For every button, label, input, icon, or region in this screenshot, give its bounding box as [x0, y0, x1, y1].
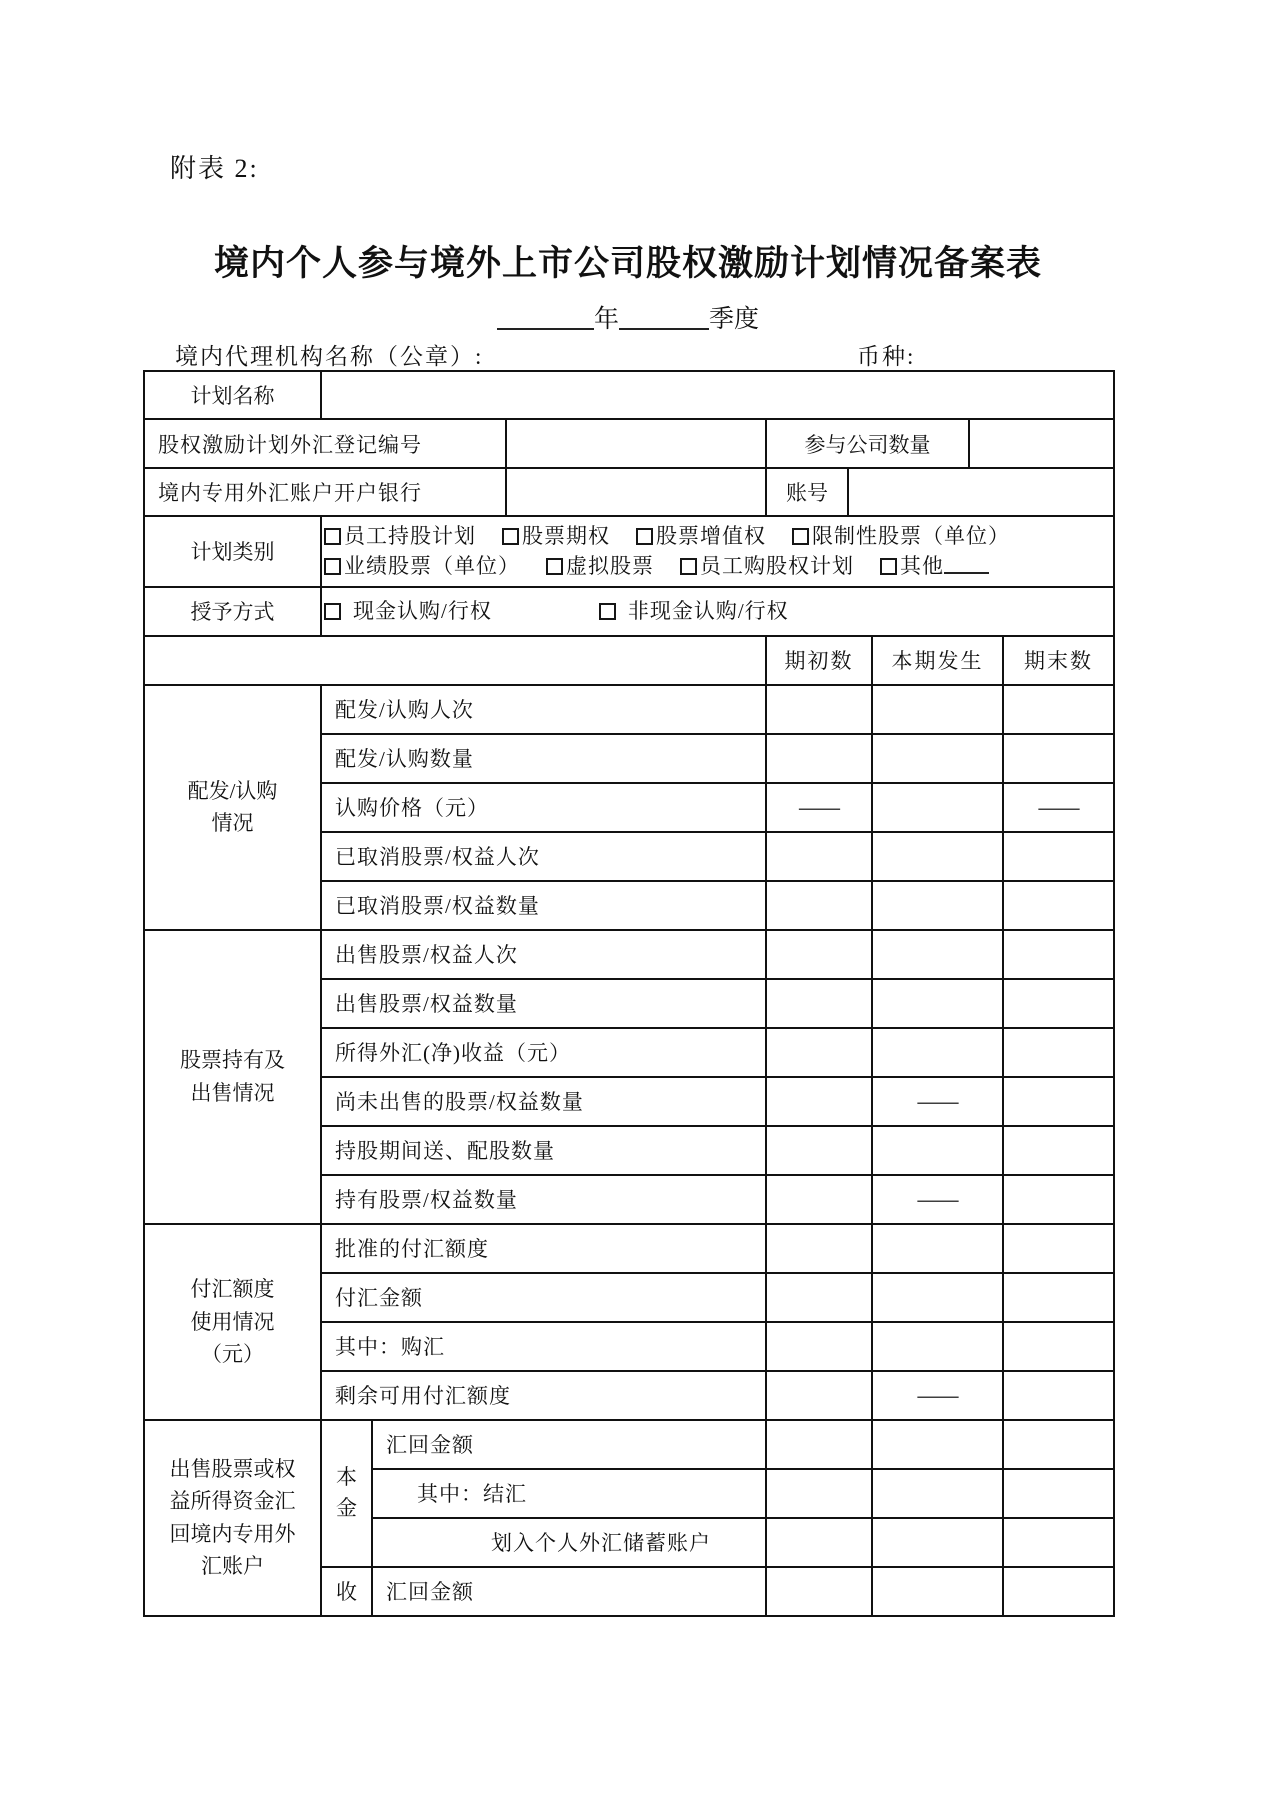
period-header-closing: 期末数	[1003, 636, 1114, 685]
attachment-label: 附表 2:	[170, 148, 259, 185]
data-cell	[872, 685, 1003, 734]
row-label: 汇回金额	[372, 1420, 766, 1469]
table-row: 配发/认购情况 配发/认购人次	[144, 685, 1114, 734]
data-cell	[1003, 1224, 1114, 1273]
checkbox-icon[interactable]	[324, 528, 341, 545]
checkbox-label: 员工持股计划	[344, 524, 476, 548]
checkbox-icon[interactable]	[324, 558, 341, 575]
plan-type-line2: 业绩股票（单位）虚拟股票员工购股权计划其他	[324, 551, 1111, 581]
data-cell	[1003, 1420, 1114, 1469]
data-cell	[766, 930, 872, 979]
table-row: 出售股票或权益所得资金汇回境内专用外汇账户 本金 汇回金额	[144, 1420, 1114, 1469]
row-label: 汇回金额	[372, 1567, 766, 1616]
data-cell	[766, 1175, 872, 1224]
data-cell	[872, 1273, 1003, 1322]
data-cell	[766, 1126, 872, 1175]
period-line: 年季度	[143, 299, 1113, 335]
data-cell	[766, 685, 872, 734]
data-cell	[766, 1028, 872, 1077]
table-row: 境内专用外汇账户开户银行 账号	[144, 468, 1114, 516]
section-label-allocation: 配发/认购情况	[144, 685, 321, 930]
data-cell	[1003, 1469, 1114, 1518]
data-cell	[872, 734, 1003, 783]
account-value-cell	[848, 468, 1114, 516]
plan-type-line1: 员工持股计划股票期权股票增值权限制性股票（单位）	[324, 521, 1111, 551]
checkbox-icon[interactable]	[502, 528, 519, 545]
data-cell	[872, 1518, 1003, 1567]
row-label: 已取消股票/权益数量	[321, 881, 766, 930]
row-label: 批准的付汇额度	[321, 1224, 766, 1273]
checkbox-label: 限制性股票（单位）	[812, 524, 1010, 548]
table-row: 计划类别 员工持股计划股票期权股票增值权限制性股票（单位） 业绩股票（单位）虚拟…	[144, 516, 1114, 587]
data-cell	[872, 1028, 1003, 1077]
checkbox-item: 员工购股权计划	[680, 554, 854, 578]
data-cell	[1003, 1077, 1114, 1126]
data-cell	[766, 1224, 872, 1273]
row-label: 出售股票/权益数量	[321, 979, 766, 1028]
period-header-opening: 期初数	[766, 636, 872, 685]
currency-label: 币种:	[857, 338, 915, 371]
section-label-payment-quota: 付汇额度使用情况（元）	[144, 1224, 321, 1420]
row-label: 所得外汇(净)收益（元）	[321, 1028, 766, 1077]
row-label: 认购价格（元）	[321, 783, 766, 832]
data-cell	[872, 1567, 1003, 1616]
row-label: 划入个人外汇储蓄账户	[372, 1518, 766, 1567]
data-cell	[872, 1469, 1003, 1518]
checkbox-icon[interactable]	[792, 528, 809, 545]
checkbox-icon[interactable]	[680, 558, 697, 575]
row-label: 付汇金额	[321, 1273, 766, 1322]
company-count-label: 参与公司数量	[766, 419, 969, 468]
account-label: 账号	[766, 468, 848, 516]
checkbox-icon[interactable]	[880, 558, 897, 575]
checkbox-icon[interactable]	[636, 528, 653, 545]
period-header-empty-cell	[144, 636, 766, 685]
row-label: 持有股票/权益数量	[321, 1175, 766, 1224]
income-group-label: 收	[321, 1567, 372, 1616]
data-cell	[1003, 1371, 1114, 1420]
quarter-blank-line	[619, 310, 709, 330]
row-label: 出售股票/权益人次	[321, 930, 766, 979]
data-cell	[766, 1567, 872, 1616]
data-cell	[872, 1224, 1003, 1273]
data-cell	[1003, 832, 1114, 881]
data-cell: ——	[872, 1077, 1003, 1126]
data-cell	[1003, 1175, 1114, 1224]
data-cell	[1003, 979, 1114, 1028]
section-label-holding: 股票持有及出售情况	[144, 930, 321, 1224]
data-cell	[1003, 1322, 1114, 1371]
data-cell	[1003, 734, 1114, 783]
data-cell	[1003, 1567, 1114, 1616]
row-label: 已取消股票/权益人次	[321, 832, 766, 881]
row-label: 配发/认购人次	[321, 685, 766, 734]
checkbox-item: 限制性股票（单位）	[792, 524, 1010, 548]
data-cell	[872, 1126, 1003, 1175]
data-cell	[872, 783, 1003, 832]
data-cell	[1003, 930, 1114, 979]
data-cell	[766, 734, 872, 783]
checkbox-item: 虚拟股票	[546, 554, 654, 578]
data-cell	[766, 979, 872, 1028]
row-label: 持股期间送、配股数量	[321, 1126, 766, 1175]
data-cell: ——	[1003, 783, 1114, 832]
checkbox-label: 股票增值权	[656, 524, 766, 548]
bank-value-cell	[506, 468, 766, 516]
data-cell	[872, 930, 1003, 979]
data-cell	[872, 979, 1003, 1028]
row-label: 配发/认购数量	[321, 734, 766, 783]
data-cell	[766, 1322, 872, 1371]
registration-number-value-cell	[506, 419, 766, 468]
checkbox-item: 股票增值权	[636, 524, 766, 548]
checkbox-item: 业绩股票（单位）	[324, 554, 520, 578]
form-page: 附表 2: 境内个人参与境外上市公司股权激励计划情况备案表 年季度 境内代理机构…	[0, 0, 1269, 1794]
plan-type-options-cell: 员工持股计划股票期权股票增值权限制性股票（单位） 业绩股票（单位）虚拟股票员工购…	[321, 516, 1114, 587]
data-cell	[766, 1420, 872, 1469]
checkbox-item: 股票期权	[502, 524, 610, 548]
checkbox-label: 虚拟股票	[566, 554, 654, 578]
checkbox-label: 非现金认购/行权	[628, 599, 789, 623]
checkbox-label: 业绩股票（单位）	[344, 554, 520, 578]
bank-label: 境内专用外汇账户开户银行	[144, 468, 506, 516]
table-row: 股票持有及出售情况 出售股票/权益人次	[144, 930, 1114, 979]
other-blank-line	[944, 554, 989, 574]
table-row: 付汇额度使用情况（元） 批准的付汇额度	[144, 1224, 1114, 1273]
data-cell	[766, 1371, 872, 1420]
checkbox-item: 现金认购/行权	[324, 599, 492, 623]
row-label: 剩余可用付汇额度	[321, 1371, 766, 1420]
year-label: 年	[594, 306, 619, 333]
checkbox-icon[interactable]	[546, 558, 563, 575]
data-cell	[872, 881, 1003, 930]
grant-method-options-cell: 现金认购/行权非现金认购/行权	[321, 587, 1114, 636]
agent-line: 境内代理机构名称（公章）: 币种:	[143, 338, 1113, 370]
period-header-current: 本期发生	[872, 636, 1003, 685]
table-row: 股权激励计划外汇登记编号 参与公司数量	[144, 419, 1114, 468]
plan-type-label: 计划类别	[144, 516, 321, 587]
checkbox-icon[interactable]	[324, 603, 341, 620]
data-cell	[872, 1322, 1003, 1371]
checkbox-label: 股票期权	[522, 524, 610, 548]
company-count-value-cell	[969, 419, 1114, 468]
data-cell	[1003, 685, 1114, 734]
checkbox-label: 其他	[900, 554, 944, 578]
agent-name-label: 境内代理机构名称（公章）:	[175, 338, 483, 371]
principal-group-label: 本金	[321, 1420, 372, 1567]
row-label: 其中：购汇	[321, 1322, 766, 1371]
checkbox-label: 员工购股权计划	[700, 554, 854, 578]
row-label: 其中：结汇	[372, 1469, 766, 1518]
checkbox-label: 现金认购/行权	[353, 599, 492, 623]
table-row: 计划名称	[144, 371, 1114, 419]
data-cell	[766, 832, 872, 881]
year-blank-line	[497, 310, 594, 330]
plan-name-value-cell	[321, 371, 1114, 419]
section-label-repatriation: 出售股票或权益所得资金汇回境内专用外汇账户	[144, 1420, 321, 1616]
grant-method-label: 授予方式	[144, 587, 321, 636]
data-cell	[766, 1273, 872, 1322]
checkbox-item: 非现金认购/行权	[599, 599, 789, 623]
table-row: 授予方式 现金认购/行权非现金认购/行权	[144, 587, 1114, 636]
data-cell	[766, 1518, 872, 1567]
page-title: 境内个人参与境外上市公司股权激励计划情况备案表	[143, 236, 1113, 286]
data-cell	[1003, 881, 1114, 930]
data-cell: ——	[872, 1175, 1003, 1224]
checkbox-icon[interactable]	[599, 603, 616, 620]
registration-number-label: 股权激励计划外汇登记编号	[144, 419, 506, 468]
period-header-row: 期初数 本期发生 期末数	[144, 636, 1114, 685]
data-cell	[872, 832, 1003, 881]
checkbox-item: 员工持股计划	[324, 524, 476, 548]
data-cell	[766, 1469, 872, 1518]
data-cell	[872, 1420, 1003, 1469]
data-cell	[766, 881, 872, 930]
data-cell	[766, 1077, 872, 1126]
data-cell: ——	[872, 1371, 1003, 1420]
data-cell	[1003, 1126, 1114, 1175]
checkbox-item: 其他	[880, 554, 989, 578]
plan-name-label: 计划名称	[144, 371, 321, 419]
data-cell	[1003, 1028, 1114, 1077]
quarter-label: 季度	[709, 306, 759, 333]
data-cell	[1003, 1273, 1114, 1322]
data-cell	[1003, 1518, 1114, 1567]
data-cell: ——	[766, 783, 872, 832]
row-label: 尚未出售的股票/权益数量	[321, 1077, 766, 1126]
filing-form-table: 计划名称 股权激励计划外汇登记编号 参与公司数量 境内专用外汇账户开户银行 账号…	[143, 370, 1115, 1617]
